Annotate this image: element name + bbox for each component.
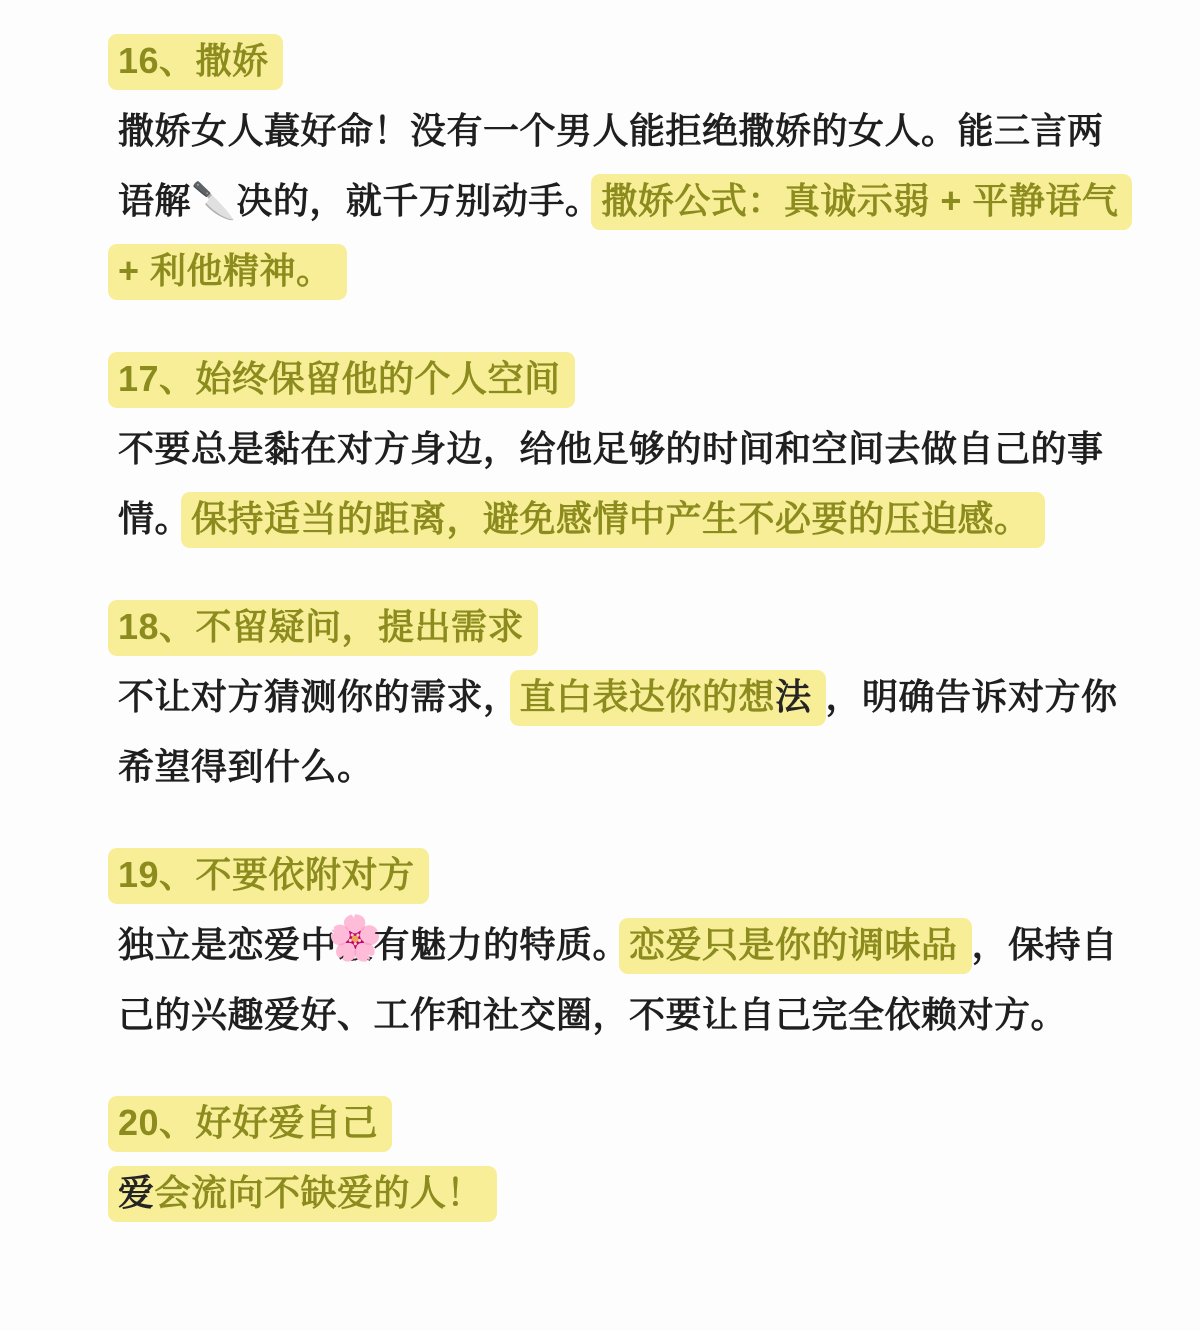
highlighted-text-run: 会流向不缺爱的人！ bbox=[155, 1172, 484, 1213]
highlighted-text-run: 20、好好爱自己 bbox=[118, 1102, 378, 1143]
text-run: 独立是恋爱中 bbox=[118, 924, 337, 965]
highlight-mark: 保持适当的距离，避免感情中产生不必要的压迫感。 bbox=[181, 492, 1045, 548]
text-run: 己的兴趣爱好、工作和社交圈，不要让自己完全依赖对方。 bbox=[118, 994, 1067, 1035]
section-20: 20、好好爱自己爱会流向不缺爱的人！ bbox=[118, 1088, 1140, 1228]
highlight-mark: 恋爱只是你的调味品 bbox=[619, 918, 972, 974]
text-run: 不要总是黏在对方身边，给他足够的时间和空间去做自己的事 bbox=[118, 428, 1104, 469]
section-title: 19、不要依附对方 bbox=[118, 840, 1140, 910]
highlight-mark: 16、撒娇 bbox=[108, 34, 283, 90]
text-line: 独立是恋爱中蕞🌸有魅力的特质。恋爱只是你的调味品，保持自 bbox=[118, 910, 1140, 980]
highlighted-text-run: 17、始终保留他的个人空间 bbox=[118, 358, 561, 399]
highlight-mark: 撒娇公式：真诚示弱 + 平静语气 bbox=[591, 174, 1132, 230]
text-run: 不让对方猜测你的需求， bbox=[118, 676, 520, 717]
section-title: 20、好好爱自己 bbox=[118, 1088, 1140, 1158]
text-line: 语解🔪决的，就千万别动手。撒娇公式：真诚示弱 + 平静语气 bbox=[118, 166, 1140, 236]
knife-emoji: 🔪 bbox=[191, 180, 236, 221]
highlighted-text-run: 16、撒娇 bbox=[118, 40, 269, 81]
text-line: 希望得到什么。 bbox=[118, 732, 1140, 802]
text-run: 蕞 bbox=[337, 924, 374, 965]
highlighted-text-run: 撒娇公式：真诚示弱 + 平静语气 bbox=[601, 180, 1118, 221]
highlight-mark: 直白表达你的想法 bbox=[510, 670, 826, 726]
highlighted-text-run: 法 bbox=[775, 676, 812, 717]
section-17: 17、始终保留他的个人空间不要总是黏在对方身边，给他足够的时间和空间去做自己的事… bbox=[118, 344, 1140, 554]
section-title: 16、撒娇 bbox=[118, 26, 1140, 96]
text-run: 撒娇女人蕞好命！没有一个男人能拒绝撒娇的女人。能三言两 bbox=[118, 110, 1104, 151]
highlighted-text-run: 19、不要依附对方 bbox=[118, 854, 415, 895]
highlight-mark: 爱会流向不缺爱的人！ bbox=[108, 1166, 497, 1222]
highlight-mark: 20、好好爱自己 bbox=[108, 1096, 392, 1152]
text-line: 撒娇女人蕞好命！没有一个男人能拒绝撒娇的女人。能三言两 bbox=[118, 96, 1140, 166]
section-16: 16、撒娇撒娇女人蕞好命！没有一个男人能拒绝撒娇的女人。能三言两语解🔪决的，就千… bbox=[118, 26, 1140, 306]
highlight-mark: 19、不要依附对方 bbox=[108, 848, 429, 904]
text-line: 情。保持适当的距离，避免感情中产生不必要的压迫感。 bbox=[118, 484, 1140, 554]
highlighted-text-run: 直白表达你的想 bbox=[520, 676, 776, 717]
text-run: ，保持自 bbox=[972, 924, 1118, 965]
text-run: 有魅力的特质。 bbox=[374, 924, 630, 965]
section-title: 17、始终保留他的个人空间 bbox=[118, 344, 1140, 414]
section-19: 19、不要依附对方独立是恋爱中蕞🌸有魅力的特质。恋爱只是你的调味品，保持自己的兴… bbox=[118, 840, 1140, 1050]
text-run: ，明确告诉对方你 bbox=[826, 676, 1118, 717]
note-document: 16、撒娇撒娇女人蕞好命！没有一个男人能拒绝撒娇的女人。能三言两语解🔪决的，就千… bbox=[0, 0, 1200, 1228]
text-run: 决的，就千万别动手。 bbox=[236, 180, 601, 221]
highlighted-text-run: 18、不留疑问，提出需求 bbox=[118, 606, 524, 647]
highlighted-text-run: 爱 bbox=[118, 1172, 155, 1213]
highlighted-text-run: 恋爱只是你的调味品 bbox=[629, 924, 958, 965]
text-line: + 利他精神。 bbox=[118, 236, 1140, 306]
section-title: 18、不留疑问，提出需求 bbox=[118, 592, 1140, 662]
text-line: 爱会流向不缺爱的人！ bbox=[118, 1158, 1140, 1228]
text-line: 己的兴趣爱好、工作和社交圈，不要让自己完全依赖对方。 bbox=[118, 980, 1140, 1050]
text-line: 不让对方猜测你的需求，直白表达你的想法，明确告诉对方你 bbox=[118, 662, 1140, 732]
text-run: 希望得到什么。 bbox=[118, 746, 374, 787]
text-line: 不要总是黏在对方身边，给他足够的时间和空间去做自己的事 bbox=[118, 414, 1140, 484]
section-18: 18、不留疑问，提出需求不让对方猜测你的需求，直白表达你的想法，明确告诉对方你希… bbox=[118, 592, 1140, 802]
highlight-mark: 17、始终保留他的个人空间 bbox=[108, 352, 575, 408]
highlight-mark: + 利他精神。 bbox=[108, 244, 347, 300]
highlighted-text-run: 保持适当的距离，避免感情中产生不必要的压迫感。 bbox=[191, 498, 1031, 539]
highlighted-text-run: + 利他精神。 bbox=[118, 250, 333, 291]
highlight-mark: 18、不留疑问，提出需求 bbox=[108, 600, 538, 656]
text-run: 语解 bbox=[118, 180, 191, 221]
flower-emoji-overlay: 蕞🌸 bbox=[337, 910, 374, 980]
